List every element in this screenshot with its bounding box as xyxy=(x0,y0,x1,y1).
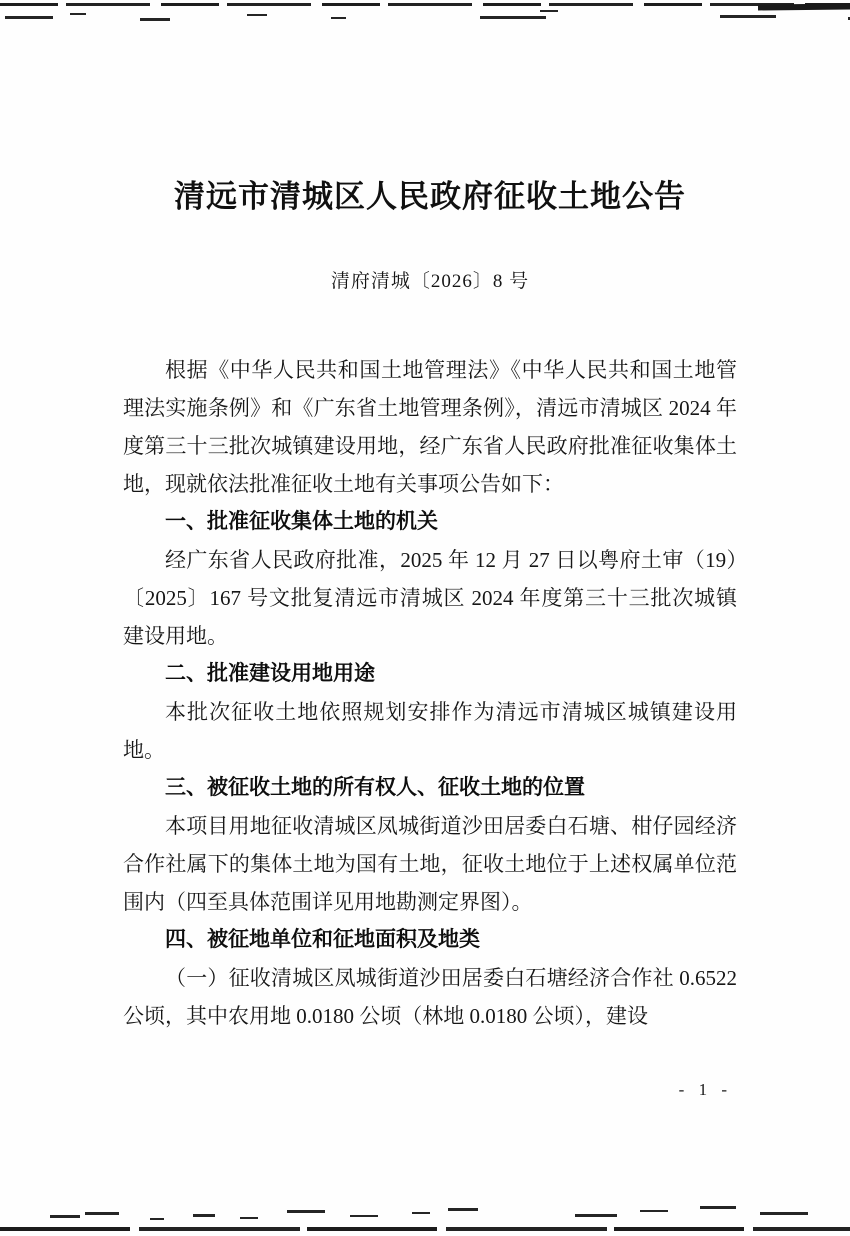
section-heading: 四、被征地单位和征地面积及地类 xyxy=(123,921,737,959)
scan-artifact-dash xyxy=(240,1217,258,1219)
document-title: 清远市清城区人民政府征收土地公告 xyxy=(123,178,737,216)
body-paragraph: 本项目用地征收清城区凤城街道沙田居委白石塘、柑仔园经济合作社属下的集体土地为国有… xyxy=(123,807,737,921)
section-heading: 二、批准建设用地用途 xyxy=(123,655,737,693)
page-number: - 1 - xyxy=(679,1080,732,1100)
body-paragraph: 本批次征收土地依照规划安排作为清远市清城区城镇建设用地。 xyxy=(123,693,737,769)
document-content: 清远市清城区人民政府征收土地公告 清府清城〔2026〕8 号 根据《中华人民共和… xyxy=(123,178,737,1035)
scan-artifact-dash xyxy=(5,16,53,19)
scan-artifact-bottom-line xyxy=(0,1227,850,1231)
scan-artifact-dash xyxy=(412,1212,430,1214)
scan-artifact-dash xyxy=(540,10,558,12)
scan-artifact-dash xyxy=(760,1212,808,1215)
scan-artifact-dash xyxy=(70,13,86,15)
scan-artifact-dash xyxy=(287,1210,325,1213)
scan-artifact-dash xyxy=(720,15,776,18)
scan-artifact-dash xyxy=(331,17,346,19)
body-paragraph: 根据《中华人民共和国土地管理法》《中华人民共和国土地管理法实施条例》和《广东省土… xyxy=(123,351,737,503)
scan-artifact-dash xyxy=(85,1212,119,1215)
scan-artifact-dash xyxy=(700,1206,736,1209)
scan-artifact-dash xyxy=(247,14,267,16)
body-paragraph: 经广东省人民政府批准，2025 年 12 月 27 日以粤府土审（19）〔202… xyxy=(123,541,737,655)
scan-artifact-dash xyxy=(480,16,546,19)
document-number: 清府清城〔2026〕8 号 xyxy=(123,266,737,293)
scan-artifact-dash xyxy=(193,1214,215,1217)
scan-artifact-dash xyxy=(575,1214,617,1217)
scan-artifact-dash xyxy=(448,1208,478,1211)
body-paragraph: （一）征收清城区凤城街道沙田居委白石塘经济合作社 0.6522 公顷，其中农用地… xyxy=(123,959,737,1035)
scan-artifact-dash xyxy=(50,1215,80,1218)
scan-artifact-dash xyxy=(640,1210,668,1212)
scan-artifact-top-line xyxy=(0,3,850,6)
document-body: 根据《中华人民共和国土地管理法》《中华人民共和国土地管理法实施条例》和《广东省土… xyxy=(123,351,737,1035)
scan-artifact-dash xyxy=(140,18,170,21)
section-heading: 一、批准征收集体土地的机关 xyxy=(123,503,737,541)
section-heading: 三、被征收土地的所有权人、征收土地的位置 xyxy=(123,769,737,807)
scan-artifact-dash xyxy=(350,1215,378,1217)
scan-artifact-top-right xyxy=(758,4,850,11)
scanned-page: 清远市清城区人民政府征收土地公告 清府清城〔2026〕8 号 根据《中华人民共和… xyxy=(0,0,850,1236)
scan-artifact-dash xyxy=(150,1218,164,1220)
